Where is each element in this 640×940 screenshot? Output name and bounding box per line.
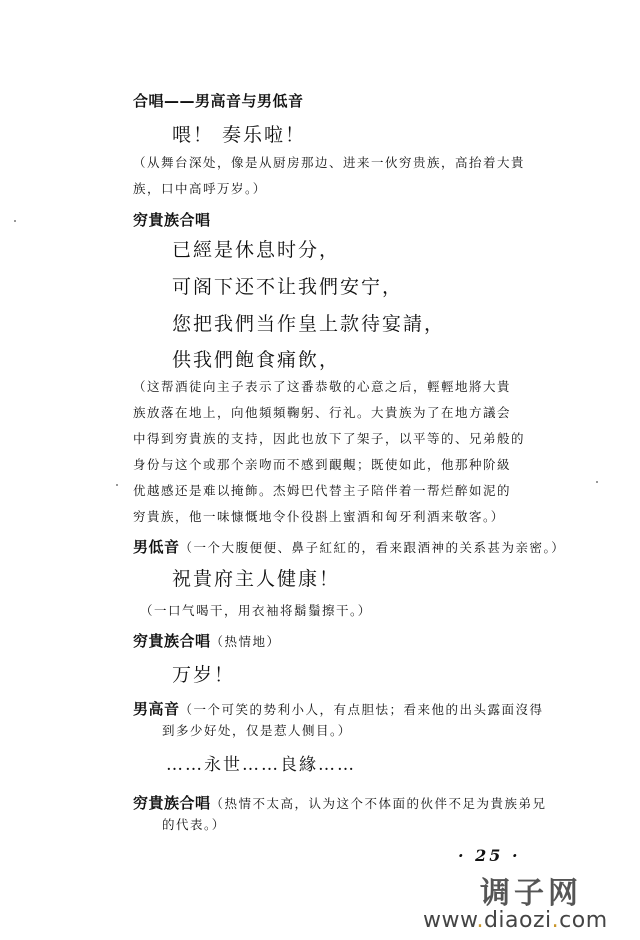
role-heading-bass: 男低音 (133, 538, 180, 556)
sung-line: 喂！ 奏乐啦！ (172, 120, 306, 147)
stage-direction: （一个可笑的势利小人，有点胆怯；看来他的出头露面沒得 (180, 702, 544, 717)
role-heading-chorus-tenor-bass: 合唱——男高音与男低音 (133, 90, 304, 111)
stage-direction-line: （这帮酒徒向主子表示了这番恭敬的心意之后，輕輕地將大貴 (133, 374, 511, 400)
sung-line: 供我們飽食痛飲， (172, 345, 340, 372)
stage-direction: （一个大腹便便、鼻子紅紅的，看来跟酒神的关系甚为亲密。） (180, 540, 566, 555)
stage-direction-line: （一口气喝干，用衣袖将鬍鬚擦干。） (140, 598, 372, 624)
role-heading-poor-nobles-chorus: 穷貴族合唱 (133, 794, 211, 812)
stage-direction-line: 优越感还是难以掩飾。杰姆巴代替主子陪伴着一帮烂醉如泥的 (133, 478, 511, 504)
role-heading-poor-nobles-chorus: 穷貴族合唱 (133, 632, 211, 650)
sung-line: 已經是休息时分， (172, 235, 340, 262)
scan-speck (14, 220, 16, 222)
stage-direction-line: 族放落在地上，向他頻頻鞠躬、行礼。大貴族为了在地方議会 (133, 400, 511, 426)
sung-line: 万岁！ (172, 660, 235, 687)
stage-direction: （热情地） (211, 634, 281, 649)
scan-speck (116, 484, 118, 486)
page-number: · 25 · (458, 846, 521, 865)
scan-speck (596, 481, 598, 483)
stage-direction-line: 的代表。） (162, 812, 226, 838)
sung-line: 祝貴府主人健康！ (172, 564, 340, 591)
chorus-entry: 穷貴族合唱（热情不太高，认为这个不体面的伙伴不足为貴族弟兄 (133, 792, 547, 813)
stage-direction-line: 穷貴族，他一味慷慨地令仆役斟上蜜酒和匈牙利酒来敬客。） (133, 504, 505, 530)
stage-direction-line: 中得到穷貴族的支持，因此也放下了架子，以平等的、兄弟般的 (133, 426, 525, 452)
watermark-logo: 调子网 (480, 868, 582, 912)
bass-entry: 男低音（一个大腹便便、鼻子紅紅的，看来跟酒神的关系甚为亲密。） (133, 536, 565, 557)
scanned-score-page: 合唱——男高音与男低音 喂！ 奏乐啦！ （从舞台深处，像是从厨房那边、进来一伙穷… (0, 0, 640, 940)
role-heading-poor-nobles-chorus: 穷貴族合唱 (133, 209, 211, 230)
sung-line: ……永世……良緣…… (166, 750, 356, 775)
stage-direction-line: 到多少好处，仅是惹人侧目。） (162, 718, 352, 744)
chorus-entry: 穷貴族合唱（热情地） (133, 630, 281, 651)
sung-line: 可阁下还不让我們安宁， (172, 272, 403, 299)
stage-direction: （热情不太高，认为这个不体面的伙伴不足为貴族弟兄 (211, 796, 547, 811)
stage-direction-line: 族，口中高呼万岁。） (133, 176, 267, 202)
watermark-url: www.diaozi.com (423, 908, 608, 933)
stage-direction-line: （从舞台深处，像是从厨房那边、进来一伙穷贵族，高抬着大貴 (133, 150, 525, 176)
role-heading-tenor: 男高音 (133, 700, 180, 718)
stage-direction-line: 身份与这个或那个亲吻而不感到靦覥；既使如此，他那种阶級 (133, 452, 511, 478)
tenor-entry: 男高音（一个可笑的势利小人，有点胆怯；看来他的出头露面沒得 (133, 698, 544, 719)
sung-line: 您把我們当作皇上款待宴請， (172, 309, 445, 336)
